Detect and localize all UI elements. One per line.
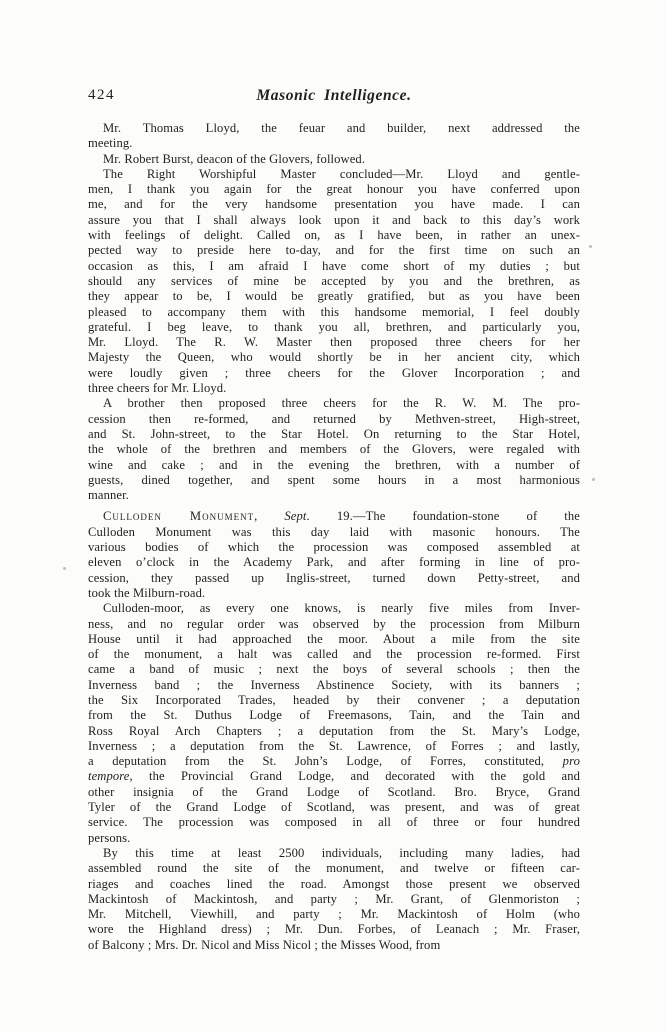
paragraph: Culloden Monument, Sept. 19.—The foundat… (88, 509, 580, 601)
text-line: men, I thank you again for the great hon… (88, 182, 580, 197)
text-line: Mr. Mitchell, Viewhill, and party ; Mr. … (88, 907, 580, 922)
text-line: riages and coaches lined the road. Among… (88, 877, 580, 892)
text-line: cession, they passed up Inglis-street, t… (88, 571, 580, 586)
paragraph: Culloden-moor, as every one knows, is ne… (88, 601, 580, 846)
text-line: House until it had approached the moor. … (88, 632, 580, 647)
text-line: persons. (88, 831, 580, 846)
text-line: of Balcony ; Mrs. Dr. Nicol and Miss Nic… (88, 938, 580, 953)
text-line: Culloden Monument was this day laid with… (88, 525, 580, 540)
text-line: service. The procession was composed in … (88, 815, 580, 830)
text-line: cession then re-formed, and returned by … (88, 412, 580, 427)
text-line: Culloden Monument, Sept. 19.—The foundat… (88, 509, 580, 524)
text-line: took the Milburn-road. (88, 586, 580, 601)
paragraph: Mr. Thomas Lloyd, the feuar and builder,… (88, 121, 580, 152)
page-header: 424 Masonic Intelligence. (88, 87, 580, 107)
document-page: 424 Masonic Intelligence. Mr. Thomas Llo… (0, 0, 667, 1031)
text-line: Majesty the Queen, who would shortly be … (88, 350, 580, 365)
text-line: me, and for the very handsome presentati… (88, 197, 580, 212)
text-line: Mr. Lloyd. The R. W. Master then propose… (88, 335, 580, 350)
text-line: assembled round the site of the monument… (88, 861, 580, 876)
text-line: from the St. Duthus Lodge of Freemasons,… (88, 708, 580, 723)
scan-speck (592, 478, 595, 481)
text-line: Mackintosh of Mackintosh, and party ; Mr… (88, 892, 580, 907)
text-line: guests, dined together, and spent some h… (88, 473, 580, 488)
text-line: were loudly given ; three cheers for the… (88, 366, 580, 381)
text-line: a deputation from the St. John’s Lodge, … (88, 754, 580, 769)
page-number: 424 (88, 87, 115, 104)
text-line: the whole of the brethren and members of… (88, 442, 580, 457)
text-line: ness, and no regular order was observed … (88, 617, 580, 632)
text-line: with feelings of delight. Called on, as … (88, 228, 580, 243)
text-line: three cheers for Mr. Lloyd. (88, 381, 580, 396)
text-line: Culloden-moor, as every one knows, is ne… (88, 601, 580, 616)
running-title: Masonic Intelligence. (88, 87, 580, 105)
text-line: grateful. I beg leave, to thank you all,… (88, 320, 580, 335)
text-line: occasion as this, I am afraid I have com… (88, 259, 580, 274)
text-line: should any services of mine be accepted … (88, 274, 580, 289)
text-line: Mr. Thomas Lloyd, the feuar and builder,… (88, 121, 580, 136)
text-line: came a band of music ; next the boys of … (88, 662, 580, 677)
text-line: they appear to be, I would be greatly gr… (88, 289, 580, 304)
text-line: Inverness ; a deputation from the St. La… (88, 739, 580, 754)
text-line: A brother then proposed three cheers for… (88, 396, 580, 411)
text-line: pleased to accompany them with this hand… (88, 305, 580, 320)
text-line: and St. John-street, to the Star Hotel. … (88, 427, 580, 442)
article-text: Mr. Thomas Lloyd, the feuar and builder,… (88, 121, 580, 953)
text-line: various bodies of which the procession w… (88, 540, 580, 555)
text-line: wore the Highland dress) ; Mr. Dun. Forb… (88, 922, 580, 937)
paragraph: The Right Worshipful Master concluded—Mr… (88, 167, 580, 396)
paragraph: Mr. Robert Burst, deacon of the Glovers,… (88, 152, 580, 167)
text-line: manner. (88, 488, 580, 503)
text-line: Inverness band ; the Inverness Abstinenc… (88, 678, 580, 693)
text-line: Mr. Robert Burst, deacon of the Glovers,… (88, 152, 580, 167)
text-line: The Right Worshipful Master concluded—Mr… (88, 167, 580, 182)
text-line: of the monument, a halt was called and t… (88, 647, 580, 662)
text-line: Ross Royal Arch Chapters ; a deputation … (88, 724, 580, 739)
text-line: assure you that I shall always look upon… (88, 213, 580, 228)
scan-speck (589, 245, 592, 248)
text-line: the Six Incorporated Trades, headed by t… (88, 693, 580, 708)
paragraph: A brother then proposed three cheers for… (88, 396, 580, 503)
text-line: meeting. (88, 136, 580, 151)
text-line: other insignia of the Grand Lodge of Sco… (88, 785, 580, 800)
scan-speck (63, 567, 66, 570)
text-line: wine and cake ; and in the evening the b… (88, 458, 580, 473)
paragraph: By this time at least 2500 individuals, … (88, 846, 580, 953)
text-line: Tyler of the Grand Lodge of Scotland, wa… (88, 800, 580, 815)
text-line: eleven o’clock in the Academy Park, and … (88, 555, 580, 570)
text-line: By this time at least 2500 individuals, … (88, 846, 580, 861)
text-line: tempore, the Provincial Grand Lodge, and… (88, 769, 580, 784)
text-line: pected way to preside here to-day, and f… (88, 243, 580, 258)
